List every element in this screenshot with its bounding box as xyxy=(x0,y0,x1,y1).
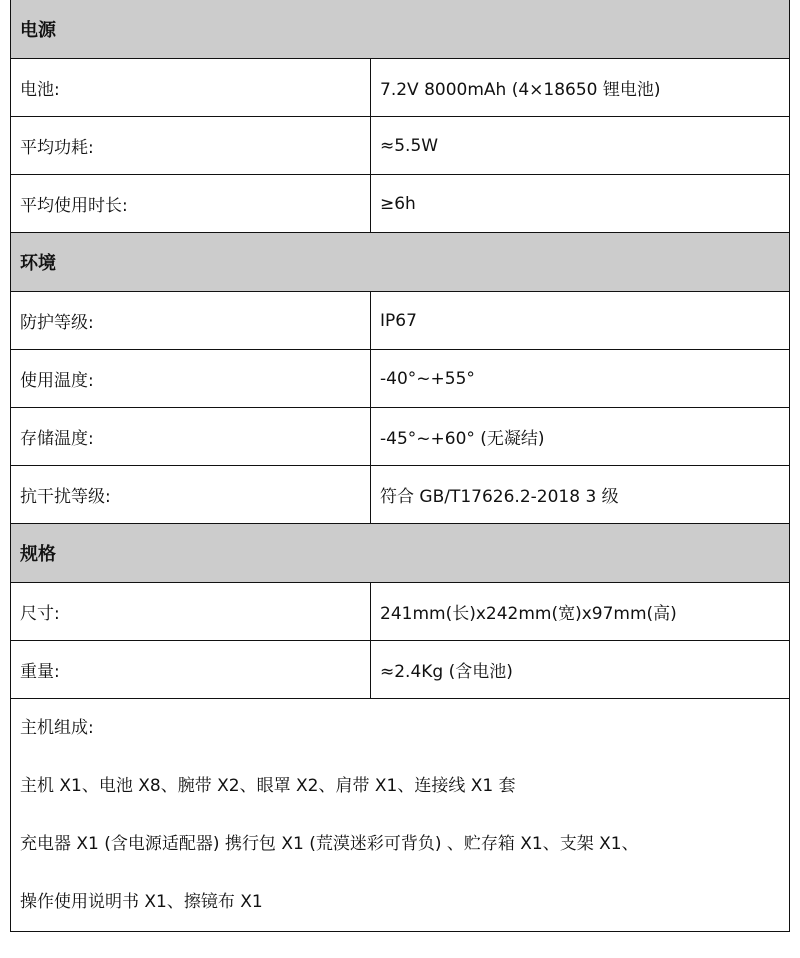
composition-line: 充电器 X1 (含电源适配器) 携行包 X1 (荒漠迷彩可背负) 、贮存箱 X1… xyxy=(20,815,780,873)
section-header-specs: 规格 xyxy=(11,524,790,583)
spec-label: 平均功耗: xyxy=(11,117,371,175)
spec-value: 7.2V 8000mAh (4×18650 锂电池) xyxy=(371,59,790,117)
spec-label: 重量: xyxy=(11,641,371,699)
spec-value: 符合 GB/T17626.2-2018 3 级 xyxy=(371,466,790,524)
spec-label: 抗干扰等级: xyxy=(11,466,371,524)
spec-value: ≈5.5W xyxy=(371,117,790,175)
spec-value: 241mm(长)x242mm(宽)x97mm(高) xyxy=(371,583,790,641)
spec-value: IP67 xyxy=(371,292,790,350)
spec-value: ≥6h xyxy=(371,175,790,233)
spec-value: -40°~+55° xyxy=(371,350,790,408)
spec-row-emc: 抗干扰等级: 符合 GB/T17626.2-2018 3 级 xyxy=(11,466,790,524)
spec-row-battery: 电池: 7.2V 8000mAh (4×18650 锂电池) xyxy=(11,59,790,117)
spec-label: 防护等级: xyxy=(11,292,371,350)
spec-label: 平均使用时长: xyxy=(11,175,371,233)
section-header-power: 电源 xyxy=(11,0,790,59)
spec-row-protection: 防护等级: IP67 xyxy=(11,292,790,350)
spec-row-weight: 重量: ≈2.4Kg (含电池) xyxy=(11,641,790,699)
spec-row-runtime: 平均使用时长: ≥6h xyxy=(11,175,790,233)
section-header-environment: 环境 xyxy=(11,233,790,292)
spec-label: 使用温度: xyxy=(11,350,371,408)
section-title: 电源 xyxy=(11,0,790,59)
composition-cell: 主机组成: 主机 X1、电池 X8、腕带 X2、眼罩 X2、肩带 X1、连接线 … xyxy=(11,699,790,932)
section-title: 规格 xyxy=(11,524,790,583)
spec-value: -45°~+60° (无凝结) xyxy=(371,408,790,466)
spec-label: 尺寸: xyxy=(11,583,371,641)
spec-row-operating-temp: 使用温度: -40°~+55° xyxy=(11,350,790,408)
spec-row-storage-temp: 存储温度: -45°~+60° (无凝结) xyxy=(11,408,790,466)
composition-line: 主机 X1、电池 X8、腕带 X2、眼罩 X2、肩带 X1、连接线 X1 套 xyxy=(20,757,780,815)
composition-row: 主机组成: 主机 X1、电池 X8、腕带 X2、眼罩 X2、肩带 X1、连接线 … xyxy=(11,699,790,932)
spec-table: 电源 电池: 7.2V 8000mAh (4×18650 锂电池) 平均功耗: … xyxy=(10,0,790,932)
composition-line: 操作使用说明书 X1、擦镜布 X1 xyxy=(20,873,780,931)
spec-row-avg-power: 平均功耗: ≈5.5W xyxy=(11,117,790,175)
section-title: 环境 xyxy=(11,233,790,292)
spec-label: 存储温度: xyxy=(11,408,371,466)
spec-value: ≈2.4Kg (含电池) xyxy=(371,641,790,699)
composition-title: 主机组成: xyxy=(20,699,780,757)
spec-row-dimensions: 尺寸: 241mm(长)x242mm(宽)x97mm(高) xyxy=(11,583,790,641)
spec-label: 电池: xyxy=(11,59,371,117)
